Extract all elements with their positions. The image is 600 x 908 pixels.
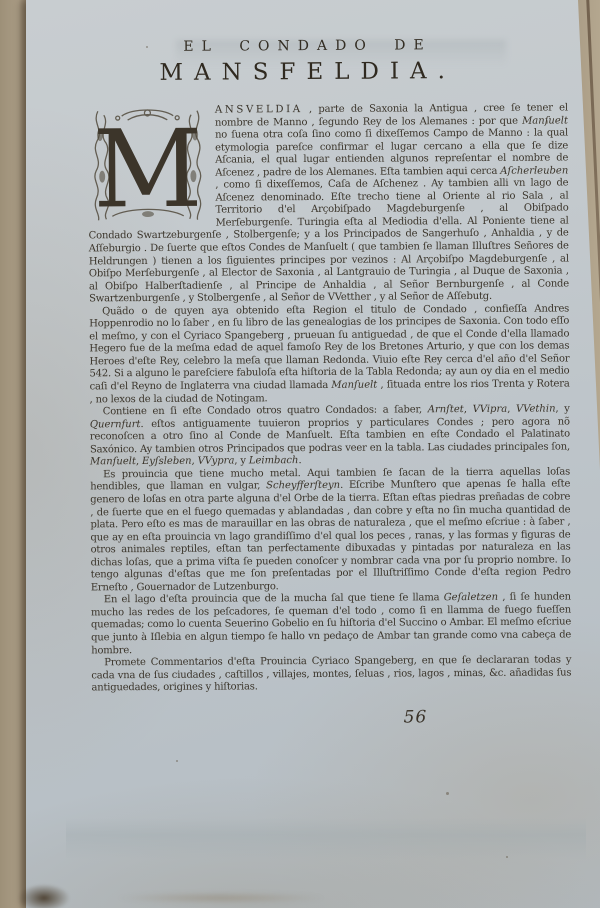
body-text: M ANSVELDIA , parte de Saxonia la Antigu…	[88, 102, 572, 695]
drop-cap-m-icon: M	[88, 107, 208, 223]
paragraph-2: Quãdo o de quyen aya obtenido eſta Regio…	[89, 303, 570, 406]
lead-word: ANSVELDIA	[215, 104, 303, 116]
title-line-1: EL CONDADO DE	[67, 37, 547, 56]
book-page: EL CONDADO DE MANSFELDIA.	[26, 0, 600, 908]
left-page-edge	[0, 0, 27, 908]
page-title: EL CONDADO DE MANSFELDIA.	[67, 37, 547, 87]
book-photo: EL CONDADO DE MANSFELDIA.	[0, 0, 600, 908]
title-line-2: MANSFELDIA.	[68, 58, 548, 87]
paragraph-1: M ANSVELDIA , parte de Saxonia la Antigu…	[88, 102, 569, 306]
page-content: EL CONDADO DE MANSFELDIA.	[23, 0, 600, 908]
page-number: 56	[404, 707, 428, 727]
paragraph-5: En el lago d'eſta prouincia que de la mu…	[91, 592, 571, 658]
paragraph-3: Contiene en ſi eſte Condado otros quatro…	[90, 404, 570, 470]
paragraph-4: Es prouincia que tiene mucho metal. Aqui…	[90, 466, 571, 594]
svg-text:M: M	[93, 108, 203, 223]
paragraph-6: Promete Commentarios d'eſta Prouincia Cy…	[91, 654, 571, 695]
